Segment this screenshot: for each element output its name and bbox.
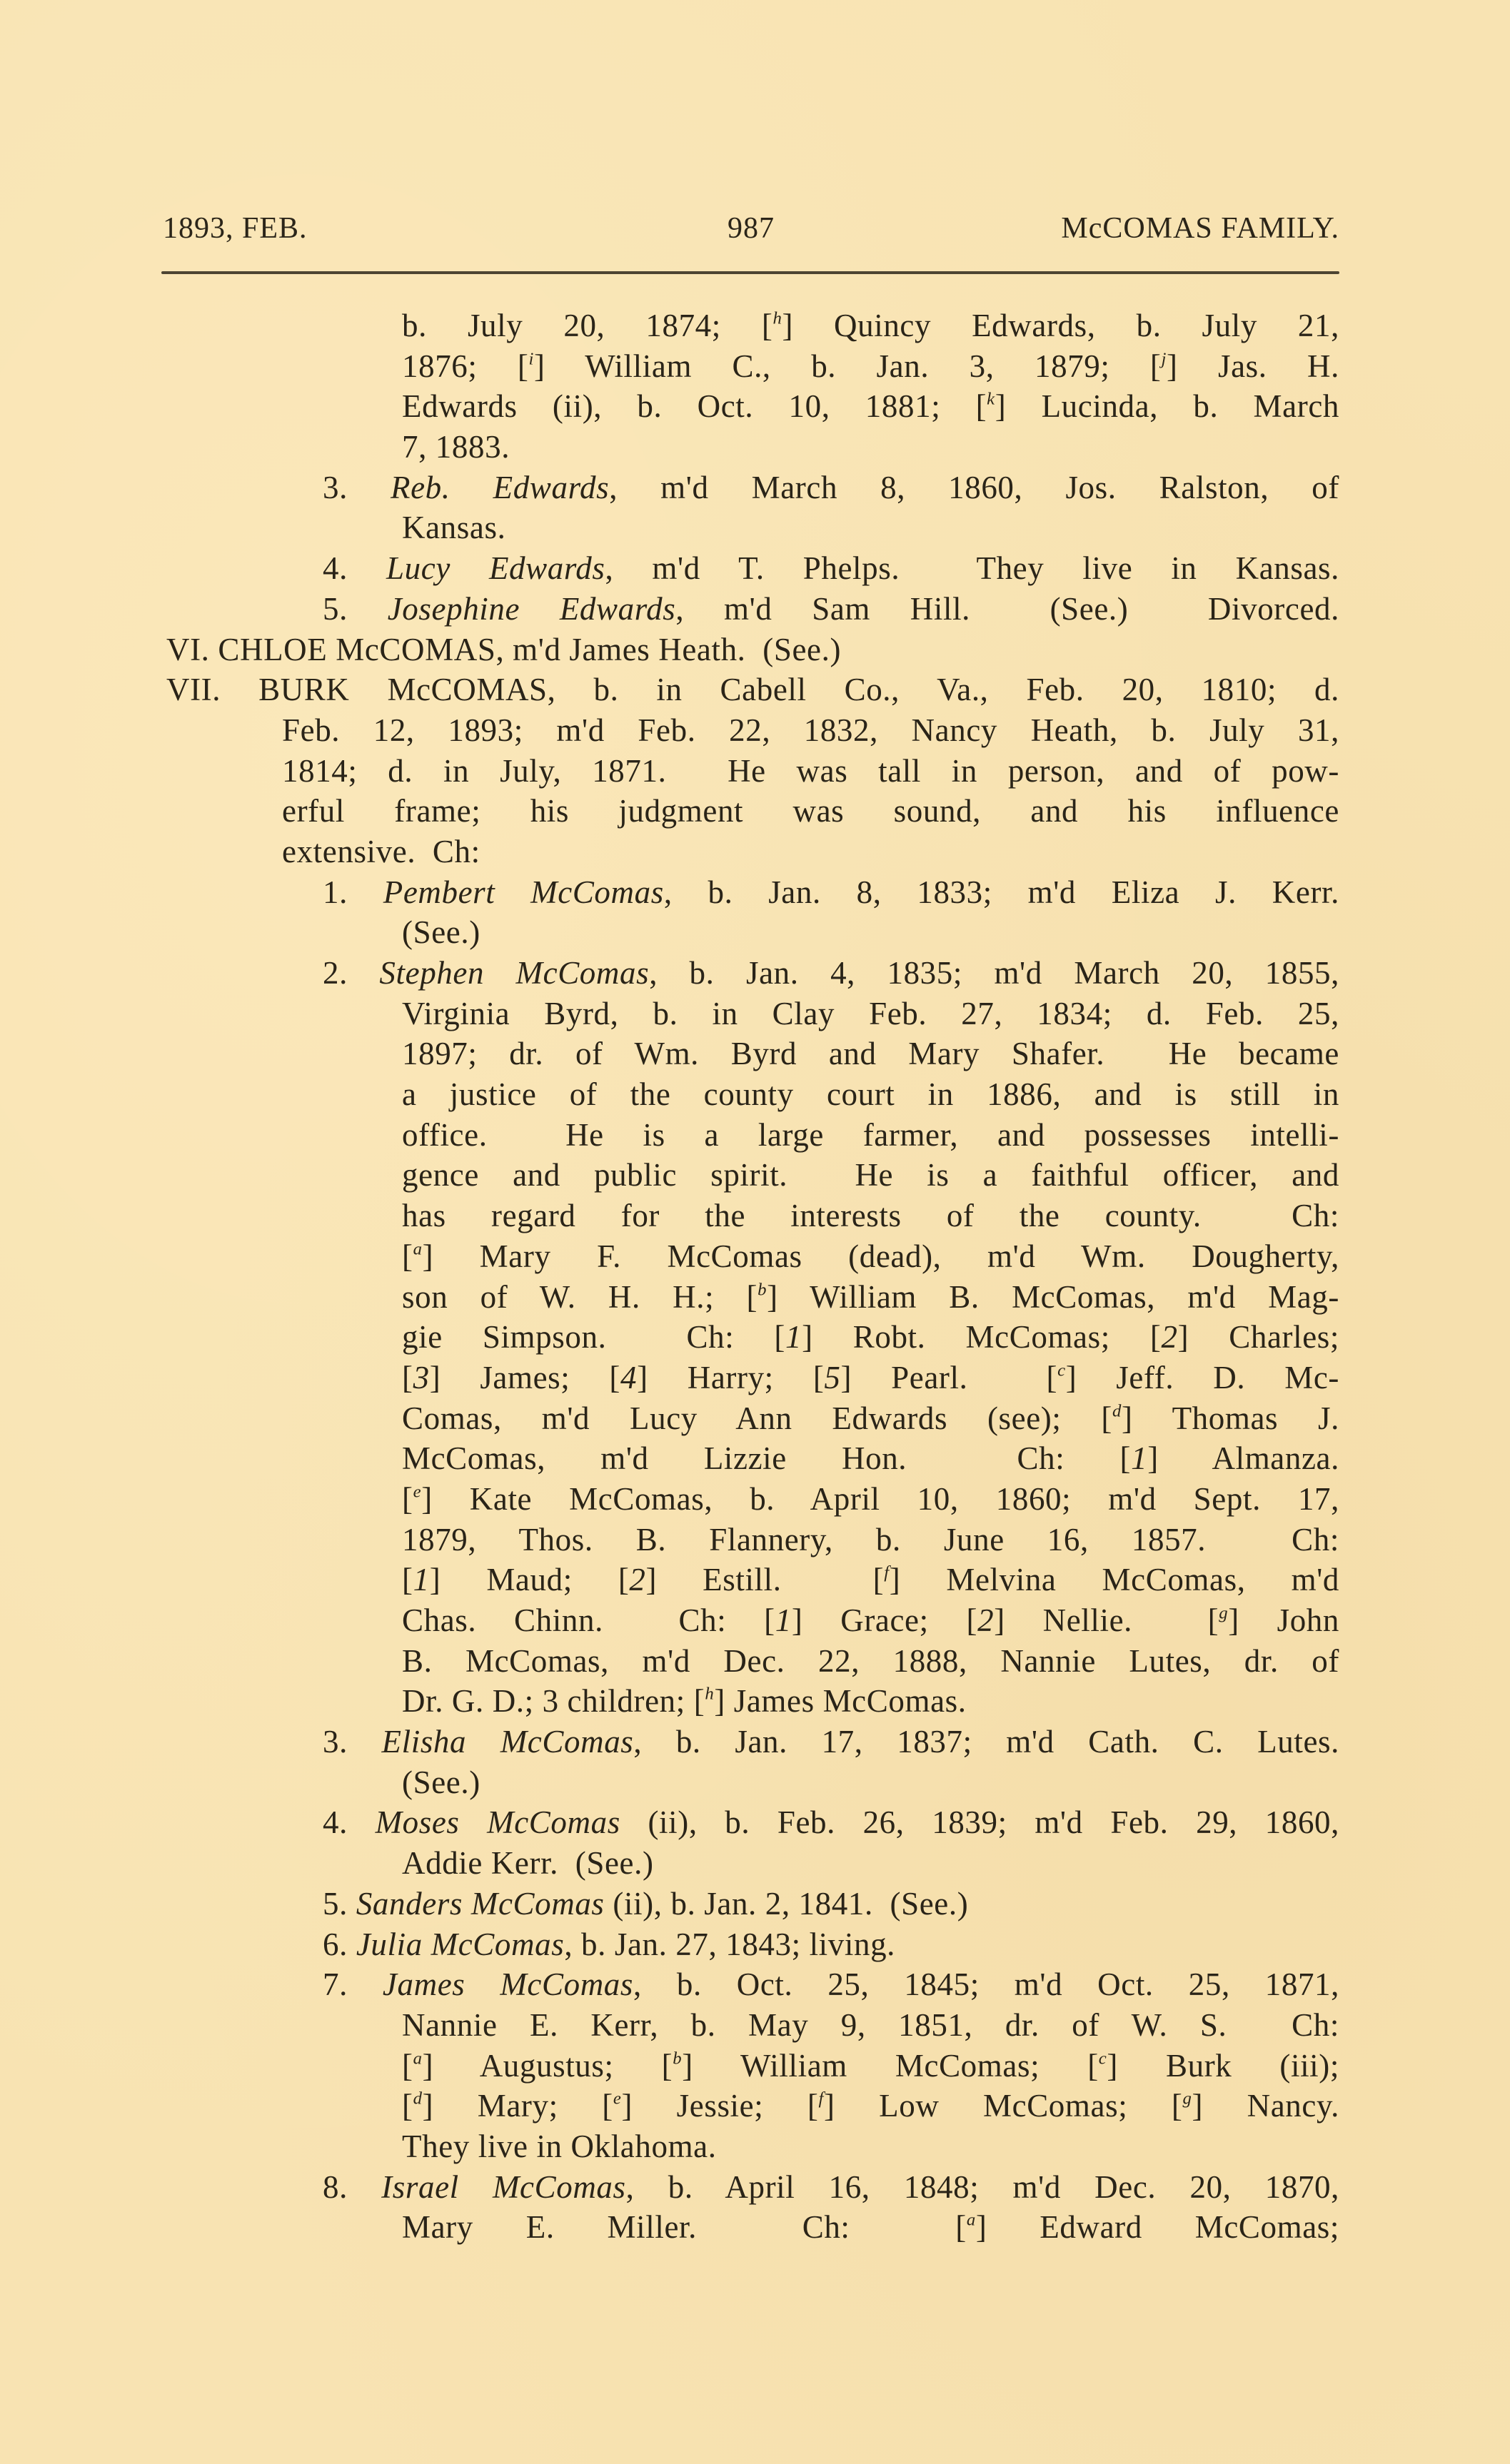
text-line: 1876; [i] William C., b. Jan. 3, 1879; [… bbox=[0, 346, 1510, 387]
text-line: Mary E. Miller. Ch: [a] Edward McComas; bbox=[0, 2207, 1510, 2248]
text-line-content: 3. Reb. Edwards, m'd March 8, 1860, Jos.… bbox=[323, 468, 1339, 508]
text-line: [a] Augustus; [b] William McComas; [c] B… bbox=[0, 2046, 1510, 2086]
text-line: 2. Stephen McComas, b. Jan. 4, 1835; m'd… bbox=[0, 953, 1510, 994]
text-line-content: 5. Sanders McComas (ii), b. Jan. 2, 1841… bbox=[323, 1884, 1339, 1924]
text-line-content: [d] Mary; [e] Jessie; [f] Low McComas; [… bbox=[402, 2086, 1339, 2126]
text-line-content: 1879, Thos. B. Flannery, b. June 16, 185… bbox=[402, 1520, 1339, 1560]
text-line: [3] James; [4] Harry; [5] Pearl. [c] Jef… bbox=[0, 1358, 1510, 1398]
text-line-content: has regard for the interests of the coun… bbox=[402, 1196, 1339, 1236]
text-line-content: [3] James; [4] Harry; [5] Pearl. [c] Jef… bbox=[402, 1358, 1339, 1398]
text-line-content: 4. Moses McComas (ii), b. Feb. 26, 1839;… bbox=[323, 1802, 1339, 1843]
text-line-content: VI. CHLOE McCOMAS, m'd James Heath. (See… bbox=[166, 630, 1339, 670]
text-line: 1879, Thos. B. Flannery, b. June 16, 185… bbox=[0, 1520, 1510, 1560]
text-line-content: 2. Stephen McComas, b. Jan. 4, 1835; m'd… bbox=[323, 953, 1339, 994]
text-line-content: 1814; d. in July, 1871. He was tall in p… bbox=[282, 751, 1339, 792]
text-line-content: a justice of the county court in 1886, a… bbox=[402, 1074, 1339, 1115]
text-line: 1. Pembert McComas, b. Jan. 8, 1833; m'd… bbox=[0, 872, 1510, 913]
text-line-content: 3. Elisha McComas, b. Jan. 17, 1837; m'd… bbox=[323, 1722, 1339, 1762]
text-line: VI. CHLOE McCOMAS, m'd James Heath. (See… bbox=[0, 630, 1510, 670]
text-line-content: 6. Julia McComas, b. Jan. 27, 1843; livi… bbox=[323, 1924, 1339, 1965]
text-line-content: erful frame; his judgment was sound, and… bbox=[282, 791, 1339, 832]
text-line-content: [a] Mary F. McComas (dead), m'd Wm. Doug… bbox=[402, 1236, 1339, 1277]
text-line: [1] Maud; [2] Estill. [f] Melvina McComa… bbox=[0, 1560, 1510, 1600]
text-line-content: They live in Oklahoma. bbox=[402, 2126, 1339, 2167]
text-line-content: Dr. G. D.; 3 children; [h] James McComas… bbox=[402, 1681, 1339, 1722]
text-line-content: gence and public spirit. He is a faithfu… bbox=[402, 1155, 1339, 1196]
text-line-content: 1897; dr. of Wm. Byrd and Mary Shafer. H… bbox=[402, 1034, 1339, 1074]
text-line-content: [1] Maud; [2] Estill. [f] Melvina McComa… bbox=[402, 1560, 1339, 1600]
text-line: B. McComas, m'd Dec. 22, 1888, Nannie Lu… bbox=[0, 1641, 1510, 1682]
text-line: erful frame; his judgment was sound, and… bbox=[0, 791, 1510, 832]
text-line-content: Virginia Byrd, b. in Clay Feb. 27, 1834;… bbox=[402, 994, 1339, 1034]
text-line: has regard for the interests of the coun… bbox=[0, 1196, 1510, 1236]
text-line-content: 4. Lucy Edwards, m'd T. Phelps. They liv… bbox=[323, 548, 1339, 589]
text-line: Virginia Byrd, b. in Clay Feb. 27, 1834;… bbox=[0, 994, 1510, 1034]
text-line: Edwards (ii), b. Oct. 10, 1881; [k] Luci… bbox=[0, 386, 1510, 427]
text-line: 3. Elisha McComas, b. Jan. 17, 1837; m'd… bbox=[0, 1722, 1510, 1762]
text-line: 1897; dr. of Wm. Byrd and Mary Shafer. H… bbox=[0, 1034, 1510, 1074]
text-line: son of W. H. H.; [b] William B. McComas,… bbox=[0, 1277, 1510, 1318]
text-line: 6. Julia McComas, b. Jan. 27, 1843; livi… bbox=[0, 1924, 1510, 1965]
text-line: 8. Israel McComas, b. April 16, 1848; m'… bbox=[0, 2167, 1510, 2208]
text-line: 5. Sanders McComas (ii), b. Jan. 2, 1841… bbox=[0, 1884, 1510, 1924]
text-line: Dr. G. D.; 3 children; [h] James McComas… bbox=[0, 1681, 1510, 1722]
text-line-content: extensive. Ch: bbox=[282, 832, 1339, 872]
text-line: 3. Reb. Edwards, m'd March 8, 1860, Jos.… bbox=[0, 468, 1510, 508]
text-line: office. He is a large farmer, and posses… bbox=[0, 1115, 1510, 1156]
text-line: [d] Mary; [e] Jessie; [f] Low McComas; [… bbox=[0, 2086, 1510, 2126]
text-line-content: 1876; [i] William C., b. Jan. 3, 1879; [… bbox=[402, 346, 1339, 387]
text-line: (See.) bbox=[0, 1762, 1510, 1803]
text-line-content: Edwards (ii), b. Oct. 10, 1881; [k] Luci… bbox=[402, 386, 1339, 427]
text-line-content: VII. BURK McCOMAS, b. in Cabell Co., Va.… bbox=[166, 670, 1339, 710]
text-line-content: [e] Kate McComas, b. April 10, 1860; m'd… bbox=[402, 1479, 1339, 1520]
text-line-content: (See.) bbox=[402, 912, 1339, 953]
text-line-content: (See.) bbox=[402, 1762, 1339, 1803]
text-line: 5. Josephine Edwards, m'd Sam Hill. (See… bbox=[0, 589, 1510, 630]
text-line-content: 8. Israel McComas, b. April 16, 1848; m'… bbox=[323, 2167, 1339, 2208]
text-line: Addie Kerr. (See.) bbox=[0, 1843, 1510, 1884]
text-line: Comas, m'd Lucy Ann Edwards (see); [d] T… bbox=[0, 1398, 1510, 1439]
running-head-title: McCOMAS FAMILY. bbox=[1061, 211, 1339, 246]
text-line-content: 1. Pembert McComas, b. Jan. 8, 1833; m'd… bbox=[323, 872, 1339, 913]
text-line: 1814; d. in July, 1871. He was tall in p… bbox=[0, 751, 1510, 792]
text-line: [e] Kate McComas, b. April 10, 1860; m'd… bbox=[0, 1479, 1510, 1520]
text-line: gence and public spirit. He is a faithfu… bbox=[0, 1155, 1510, 1196]
text-line: Chas. Chinn. Ch: [1] Grace; [2] Nellie. … bbox=[0, 1600, 1510, 1641]
text-line-content: Chas. Chinn. Ch: [1] Grace; [2] Nellie. … bbox=[402, 1600, 1339, 1641]
text-line-content: Feb. 12, 1893; m'd Feb. 22, 1832, Nancy … bbox=[282, 710, 1339, 751]
text-line: Kansas. bbox=[0, 508, 1510, 548]
text-line-content: office. He is a large farmer, and posses… bbox=[402, 1115, 1339, 1156]
text-line-content: 7. James McComas, b. Oct. 25, 1845; m'd … bbox=[323, 1964, 1339, 2005]
text-line: extensive. Ch: bbox=[0, 832, 1510, 872]
text-line: 7, 1883. bbox=[0, 427, 1510, 468]
genealogy-text: b. July 20, 1874; [h] Quincy Edwards, b.… bbox=[0, 306, 1510, 2248]
text-line-content: Nannie E. Kerr, b. May 9, 1851, dr. of W… bbox=[402, 2005, 1339, 2046]
text-line: (See.) bbox=[0, 912, 1510, 953]
book-page: 1893, FEB. 987 McCOMAS FAMILY. b. July 2… bbox=[0, 0, 1510, 2464]
text-line-content: son of W. H. H.; [b] William B. McComas,… bbox=[402, 1277, 1339, 1318]
text-line-content: Mary E. Miller. Ch: [a] Edward McComas; bbox=[402, 2207, 1339, 2248]
text-line: VII. BURK McCOMAS, b. in Cabell Co., Va.… bbox=[0, 670, 1510, 710]
text-line: Nannie E. Kerr, b. May 9, 1851, dr. of W… bbox=[0, 2005, 1510, 2046]
text-line: 4. Lucy Edwards, m'd T. Phelps. They liv… bbox=[0, 548, 1510, 589]
text-line: a justice of the county court in 1886, a… bbox=[0, 1074, 1510, 1115]
text-line: McComas, m'd Lizzie Hon. Ch: [1] Almanza… bbox=[0, 1438, 1510, 1479]
text-line-content: B. McComas, m'd Dec. 22, 1888, Nannie Lu… bbox=[402, 1641, 1339, 1682]
text-line: 4. Moses McComas (ii), b. Feb. 26, 1839;… bbox=[0, 1802, 1510, 1843]
text-line-content: [a] Augustus; [b] William McComas; [c] B… bbox=[402, 2046, 1339, 2086]
text-line: Feb. 12, 1893; m'd Feb. 22, 1832, Nancy … bbox=[0, 710, 1510, 751]
running-head: 1893, FEB. 987 McCOMAS FAMILY. bbox=[163, 211, 1339, 254]
text-line-content: Addie Kerr. (See.) bbox=[402, 1843, 1339, 1884]
text-line-content: gie Simpson. Ch: [1] Robt. McComas; [2] … bbox=[402, 1317, 1339, 1358]
text-line: gie Simpson. Ch: [1] Robt. McComas; [2] … bbox=[0, 1317, 1510, 1358]
text-line-content: Kansas. bbox=[402, 508, 1339, 548]
text-line: 7. James McComas, b. Oct. 25, 1845; m'd … bbox=[0, 1964, 1510, 2005]
text-line: b. July 20, 1874; [h] Quincy Edwards, b.… bbox=[0, 306, 1510, 346]
text-line-content: Comas, m'd Lucy Ann Edwards (see); [d] T… bbox=[402, 1398, 1339, 1439]
header-rule bbox=[161, 271, 1339, 274]
text-line: They live in Oklahoma. bbox=[0, 2126, 1510, 2167]
text-line-content: 5. Josephine Edwards, m'd Sam Hill. (See… bbox=[323, 589, 1339, 630]
text-line: [a] Mary F. McComas (dead), m'd Wm. Doug… bbox=[0, 1236, 1510, 1277]
text-line-content: McComas, m'd Lizzie Hon. Ch: [1] Almanza… bbox=[402, 1438, 1339, 1479]
text-line-content: b. July 20, 1874; [h] Quincy Edwards, b.… bbox=[402, 306, 1339, 346]
text-line-content: 7, 1883. bbox=[402, 427, 1339, 468]
